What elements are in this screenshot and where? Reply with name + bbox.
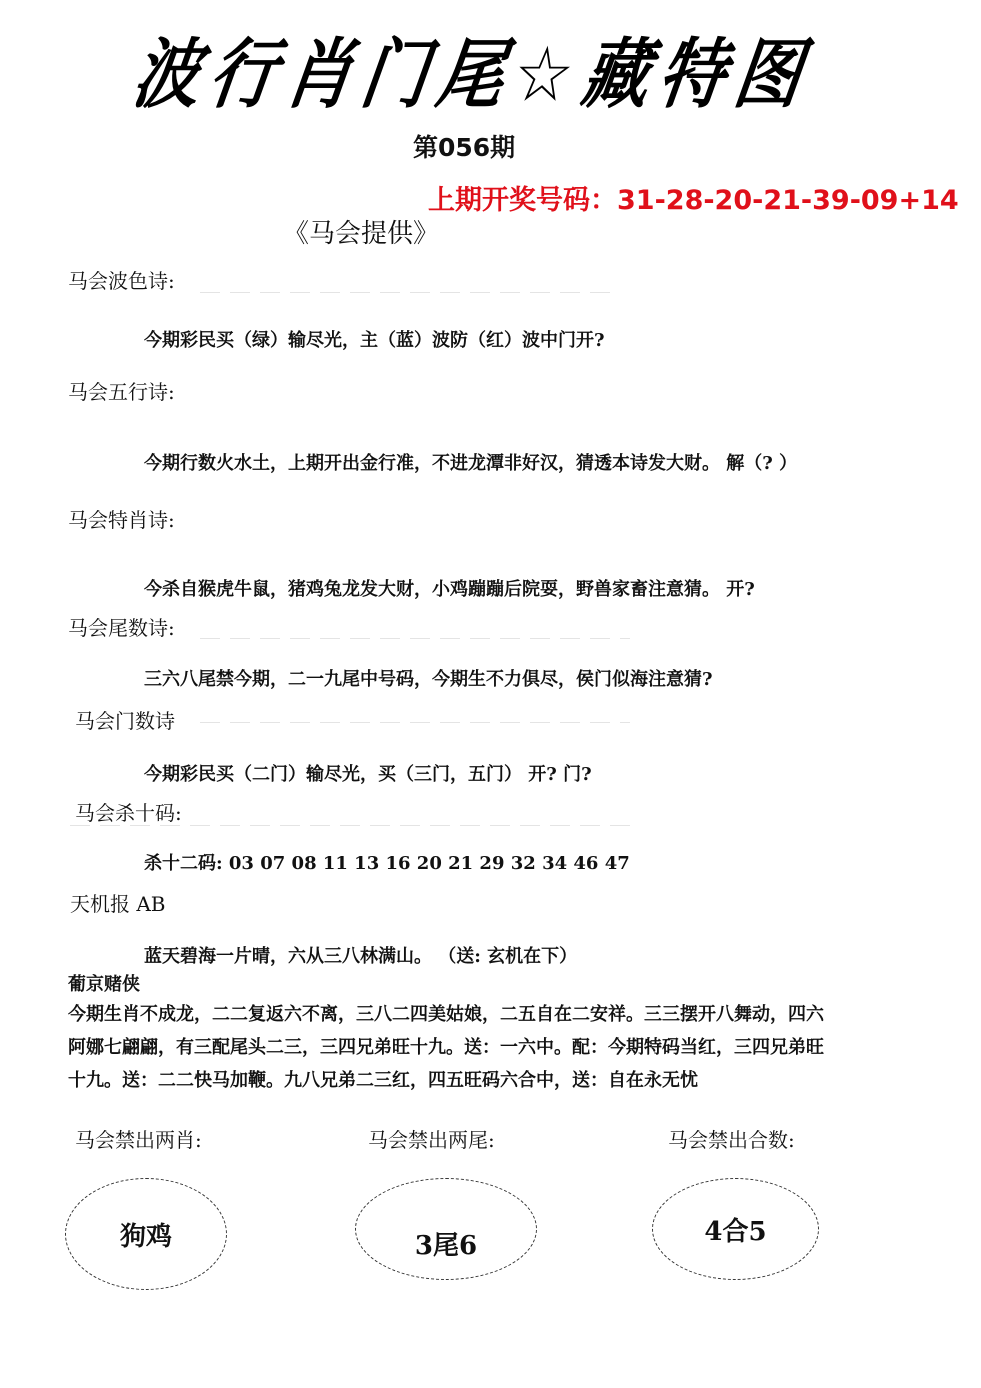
- section-label-wave-color: 马会波色诗:: [68, 265, 175, 294]
- ban-oval-sum: 4合5: [652, 1178, 819, 1280]
- section-text-five-elements: 今期行数火水土，上期开出金行准，不进龙潭非好汉，猜透本诗发大财。 解（? ）: [144, 449, 797, 475]
- macau-gambler-text: 今期生肖不成龙，二二复返六不离，三八二四美姑娘，二五自在二安祥。三三摆开八舞动，…: [68, 998, 928, 1097]
- ban-label-zodiac: 马会禁出两肖:: [75, 1124, 202, 1153]
- section-text-wave-color: 今期彩民买（绿）输尽光，主（蓝）波防（红）波中门开?: [144, 326, 605, 352]
- section-text-heaven-secret: 蓝天碧海一片晴，六从三八林满山。 （送: 玄机在下）: [144, 942, 577, 968]
- issue-number: 第056期: [413, 128, 515, 164]
- ban-value-sum: 4合5: [704, 1211, 766, 1248]
- ban-label-sum: 马会禁出合数:: [668, 1124, 795, 1153]
- section-label-special-zodiac: 马会特肖诗:: [68, 504, 175, 533]
- section-label-heaven-secret: 天机报 AB: [70, 888, 166, 917]
- section-label-five-elements: 马会五行诗:: [68, 376, 175, 405]
- section-text-tail-number: 三六八尾禁今期，二一九尾中号码，今期生不力俱尽，侯门似海注意猜?: [144, 665, 713, 691]
- divider: [200, 638, 630, 639]
- divider: [70, 825, 630, 826]
- ban-oval-tail: 3尾6: [355, 1178, 537, 1280]
- ban-label-tail: 马会禁出两尾:: [368, 1124, 495, 1153]
- provider-label: 《马会提供》: [283, 213, 439, 250]
- ban-value-tail: 3尾6: [415, 1225, 477, 1262]
- macau-gambler-label: 葡京赌侠: [68, 970, 140, 996]
- section-text-special-zodiac: 今杀自猴虎牛鼠，猪鸡兔龙发大财，小鸡蹦蹦后院耍，野兽家畜注意猜。 开?: [144, 575, 755, 601]
- last-draw-label: 上期开奖号码：: [428, 185, 617, 216]
- last-draw-numbers: 31-28-20-21-39-09+14: [617, 185, 959, 216]
- page-title: 波行肖门尾☆藏特图: [127, 13, 842, 122]
- divider: [200, 292, 610, 293]
- ban-value-zodiac: 狗鸡: [120, 1216, 172, 1253]
- ban-oval-zodiac: 狗鸡: [65, 1178, 227, 1290]
- divider: [200, 722, 630, 723]
- paragraph-line: 今期生肖不成龙，二二复返六不离，三八二四美姑娘，二五自在二安祥。三三摆开八舞动，…: [68, 998, 928, 1031]
- paragraph-line: 十九。送：二二快马加鞭。九八兄弟二三红，四五旺码六合中，送：自在永无忧: [68, 1064, 928, 1097]
- paragraph-line: 阿娜七翩翩，有三配尾头二三，三四兄弟旺十九。送：一六中。配：今期特码当红，三四兄…: [68, 1031, 928, 1064]
- section-label-kill-numbers: 马会杀十码:: [75, 797, 182, 826]
- section-label-tail-number: 马会尾数诗:: [68, 612, 175, 641]
- section-text-door-number: 今期彩民买（二门）输尽光，买（三门，五门） 开? 门?: [144, 760, 592, 786]
- section-label-door-number: 马会门数诗: [75, 705, 175, 734]
- last-draw-results: 上期开奖号码：31-28-20-21-39-09+14: [428, 178, 959, 217]
- section-text-kill-numbers: 杀十二码: 03 07 08 11 13 16 20 21 29 32 34 4…: [144, 849, 630, 875]
